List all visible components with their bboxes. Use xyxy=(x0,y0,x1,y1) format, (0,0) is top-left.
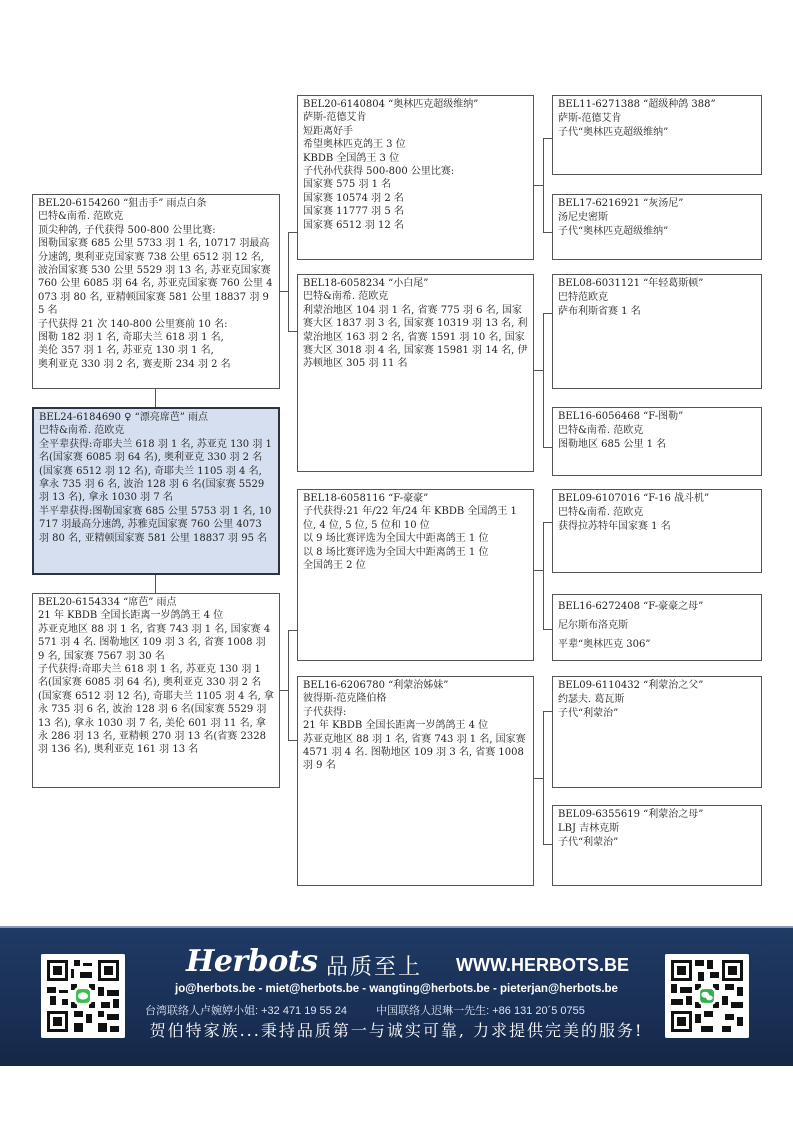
pedigree-g3-box: BEL09-6355619 “利蒙治之母” LBJ 吉林克斯 子代“利蒙治” xyxy=(552,805,762,886)
contact-phones: 台湾联络人卢婉婷小姐: +32 471 19 55 24 中国联络人迟琳一先生:… xyxy=(145,1002,611,1018)
connector-g2-1-branch xyxy=(543,313,544,448)
g2-results: 利蒙治地区 104 羽 1 名, 省赛 775 羽 6 名, 国家赛大区 183… xyxy=(303,304,528,371)
g3-note: 子代“奥林匹克超级维纳” xyxy=(558,225,756,239)
pedigree-g3-box: BEL17-6216921 “灰汤尼” 汤尼史密斯 子代“奥林匹克超级维纳” xyxy=(552,194,762,260)
sire-note: 子代获得 21 次 140-800 公里赛前 10 名: xyxy=(38,318,274,331)
g3-ring-name: BEL16-6056468 “F-图勒” xyxy=(558,410,756,424)
g2-note: 子代获得: xyxy=(303,706,528,719)
connector-sire-out xyxy=(279,291,288,292)
pedigree-g3-box: BEL16-6272408 “F-豪豪之母” 尼尔斯布洛克斯 平辈“奥林匹克 3… xyxy=(552,594,762,661)
subject-breeder: 巴特&南希. 范欧克 xyxy=(39,424,273,437)
pedigree-g2-box: BEL18-6058234 “小白尾” 巴特&南希. 范欧克 利蒙治地区 104… xyxy=(297,274,534,472)
g2-note: 子代孙代获得 500-800 公里比赛: xyxy=(303,165,528,178)
sire-results: 美伦 357 羽 1 名, 苏亚克 130 羽 1 名, xyxy=(38,344,274,357)
g2-note: 短距离好手 xyxy=(303,125,528,138)
g3-breeder: 巴特范欧克 xyxy=(558,291,756,305)
g2-note: 以 8 场比赛评选为全国大中距离鸽王 1 位 xyxy=(303,546,528,559)
g3-breeder: 巴特&南希. 范欧克 xyxy=(558,506,756,520)
g3-breeder: LBJ 吉林克斯 xyxy=(558,822,756,836)
g3-ring-name: BEL09-6107016 “F-16 战斗机” xyxy=(558,492,756,506)
g3-breeder: 萨斯-范德艾肯 xyxy=(558,112,756,126)
connector-g2-1-out xyxy=(533,370,543,371)
dam-ring-name: BEL20-6154334 “席芭” 雨点 xyxy=(38,596,274,609)
sire-ring-name: BEL20-6154260 “狙击手” 雨点白条 xyxy=(38,197,274,210)
g2-note: 子代获得:21 年/22 年/24 年 KBDB 全国鸽王 1 位, 4 位, … xyxy=(303,505,528,532)
sire-results: 图勒国家赛 685 公里 5733 羽 1 名, 10717 羽最高分速鸽, 奥… xyxy=(38,237,274,317)
brand-slogan: 品质至上 xyxy=(326,950,422,981)
connector-g2-1-to-g3-3 xyxy=(543,447,552,448)
g3-note: 子代“利蒙治” xyxy=(558,836,756,850)
g2-note: 21 年 KBDB 全国长距离一岁鸽鸽王 4 位 xyxy=(303,719,528,732)
g3-ring-name: BEL08-6031121 “年轻葛斯顿” xyxy=(558,277,756,291)
connector-g2-2-to-g3-4 xyxy=(543,522,552,523)
g3-note: 平辈“奥林匹克 306” xyxy=(558,635,756,654)
qr-code-icon xyxy=(665,954,749,1038)
pedigree-subject-box: BEL24-6184690 ♀ “漂亮席芭” 雨点 巴特&南希. 范欧克 全平辈… xyxy=(32,407,280,575)
g3-ring-name: BEL16-6272408 “F-豪豪之母” xyxy=(558,597,756,616)
g2-ring-name: BEL18-6058116 “F-豪豪” xyxy=(303,492,528,505)
g3-ring-name: BEL17-6216921 “灰汤尼” xyxy=(558,197,756,211)
g2-note: 希望奥林匹克鸽王 3 位 xyxy=(303,138,528,151)
pedigree-g3-box: BEL11-6271388 “超级种鸽 388” 萨斯-范德艾肯 子代“奥林匹克… xyxy=(552,95,762,175)
pedigree-g3-box: BEL08-6031121 “年轻葛斯顿” 巴特范欧克 萨布利斯省赛 1 名 xyxy=(552,274,762,389)
pedigree-g3-box: BEL09-6110432 “利蒙治之父” 约瑟夫. 葛瓦斯 子代“利蒙治” xyxy=(552,676,762,788)
connector-sire-to-g2-0 xyxy=(288,232,297,233)
g2-note: 以 9 场比赛评选为全国大中距离鸽王 1 位 xyxy=(303,532,528,545)
g2-note: KBDB 全国鸽王 3 位 xyxy=(303,152,528,165)
connector-g2-3-to-g3-6 xyxy=(543,711,552,712)
connector-dam-to-g2-3 xyxy=(288,740,297,741)
connector-g2-0-to-g3-1 xyxy=(543,232,552,233)
contact-china: 中国联络人迟琳一先生: +86 131 20´5 0755 xyxy=(376,1005,585,1017)
connector-sire-branch xyxy=(288,232,289,332)
connector-g2-3-out xyxy=(533,778,543,779)
pedigree-g2-box: BEL16-6206780 “利蒙治姊妹” 彼得斯-范克隆伯格 子代获得: 21… xyxy=(297,676,534,886)
connector-g2-3-to-g3-7 xyxy=(543,844,552,845)
sire-note: 顶尖种鸽, 子代获得 500-800 公里比赛: xyxy=(38,224,274,237)
sire-breeder: 巴特&南希. 范欧克 xyxy=(38,210,274,223)
g2-breeder: 巴特&南希. 范欧克 xyxy=(303,290,528,303)
g3-note: 子代“利蒙治” xyxy=(558,707,756,721)
g3-breeder: 巴特&南希. 范欧克 xyxy=(558,424,756,438)
subject-half-siblings: 半平辈获得:图勒国家赛 685 公里 5753 羽 1 名, 10717 羽最高… xyxy=(39,505,273,545)
connector-dam-to-g2-2 xyxy=(288,630,297,631)
brand-logo: Herbots xyxy=(186,944,317,979)
connector-g2-3-branch xyxy=(543,711,544,845)
subject-ring-name: BEL24-6184690 ♀ “漂亮席芭” 雨点 xyxy=(39,411,273,424)
g2-note: 全国鸽王 2 位 xyxy=(303,559,528,572)
g2-breeder: 彼得斯-范克隆伯格 xyxy=(303,692,528,705)
connector-dam-branch xyxy=(288,630,289,741)
connector-g2-0-out xyxy=(533,185,543,186)
pedigree-g3-box: BEL09-6107016 “F-16 战斗机” 巴特&南希. 范欧克 获得拉苏… xyxy=(552,489,762,573)
connector-g2-1-to-g3-2 xyxy=(543,313,552,314)
connector-dam-out xyxy=(279,690,288,691)
connector-g2-2-branch xyxy=(543,522,544,630)
g2-breeder: 萨斯-范德艾肯 xyxy=(303,111,528,124)
pedigree-g3-box: BEL16-6056468 “F-图勒” 巴特&南希. 范欧克 图勒地区 685… xyxy=(552,407,762,476)
connector-sire-subject xyxy=(155,388,156,408)
contact-taiwan: 台湾联络人卢婉婷小姐: +32 471 19 55 24 xyxy=(145,1005,347,1017)
sire-results: 图勒 182 羽 1 名, 奇耶夫兰 618 羽 1 名, xyxy=(38,331,274,344)
g2-result: 国家赛 10574 羽 2 名 xyxy=(303,192,528,205)
g3-ring-name: BEL09-6355619 “利蒙治之母” xyxy=(558,808,756,822)
connector-g2-0-branch xyxy=(543,138,544,233)
dam-results: 苏亚克地区 88 羽 1 名, 省赛 743 羽 1 名, 国家赛 4571 羽… xyxy=(38,623,274,663)
g2-result: 国家赛 6512 羽 12 名 xyxy=(303,219,528,232)
g2-ring-name: BEL16-6206780 “利蒙治姊妹” xyxy=(303,679,528,692)
g2-ring-name: BEL20-6140804 “奥林匹克超级维纳” xyxy=(303,98,528,111)
g3-note: 获得拉苏特年国家赛 1 名 xyxy=(558,520,756,534)
dam-offspring: 子代获得:奇耶夫兰 618 羽 1 名, 苏亚克 130 羽 1 名(国家赛 6… xyxy=(38,663,274,757)
subject-full-siblings: 全平辈获得:奇耶夫兰 618 羽 1 名, 苏亚克 130 羽 1 名(国家赛 … xyxy=(39,438,273,505)
connector-subject-dam xyxy=(155,574,156,594)
g2-result: 国家赛 575 羽 1 名 xyxy=(303,178,528,191)
connector-g2-0-to-g3-0 xyxy=(543,138,552,139)
g3-breeder: 尼尔斯布洛克斯 xyxy=(558,616,756,635)
g2-ring-name: BEL18-6058234 “小白尾” xyxy=(303,277,528,290)
g3-breeder: 汤尼史密斯 xyxy=(558,211,756,225)
connector-g2-2-out xyxy=(533,570,543,571)
sire-results: 奥利亚克 330 羽 2 名, 赛麦斯 234 羽 2 名 xyxy=(38,358,274,371)
g2-result: 国家赛 11777 羽 5 名 xyxy=(303,205,528,218)
dam-title: 21 年 KBDB 全国长距离一岁鸽鸽王 4 位 xyxy=(38,609,274,622)
g3-note: 萨布利斯省赛 1 名 xyxy=(558,305,756,319)
pedigree-dam-box: BEL20-6154334 “席芭” 雨点 21 年 KBDB 全国长距离一岁鸽… xyxy=(32,593,280,788)
connector-sire-to-g2-1 xyxy=(288,331,297,332)
qr-code-wechat[interactable] xyxy=(665,954,749,1038)
pedigree-sire-box: BEL20-6154260 “狙击手” 雨点白条 巴特&南希. 范欧克 顶尖种鸽… xyxy=(32,194,280,389)
connector-g2-2-to-g3-5 xyxy=(543,629,552,630)
g3-ring-name: BEL11-6271388 “超级种鸽 388” xyxy=(558,98,756,112)
g2-results: 苏亚克地区 88 羽 1 名, 省赛 743 羽 1 名, 国家赛 4571 羽… xyxy=(303,733,528,773)
g3-ring-name: BEL09-6110432 “利蒙治之父” xyxy=(558,679,756,693)
website-link[interactable]: WWW.HERBOTS.BE xyxy=(456,955,629,976)
pedigree-g2-box: BEL18-6058116 “F-豪豪” 子代获得:21 年/22 年/24 年… xyxy=(297,489,534,661)
g3-note: 子代“奥林匹克超级维纳” xyxy=(558,126,756,140)
pedigree-g2-box: BEL20-6140804 “奥林匹克超级维纳” 萨斯-范德艾肯 短距离好手 希… xyxy=(297,95,534,260)
g3-note: 图勒地区 685 公里 1 名 xyxy=(558,438,756,452)
g3-breeder: 约瑟夫. 葛瓦斯 xyxy=(558,693,756,707)
